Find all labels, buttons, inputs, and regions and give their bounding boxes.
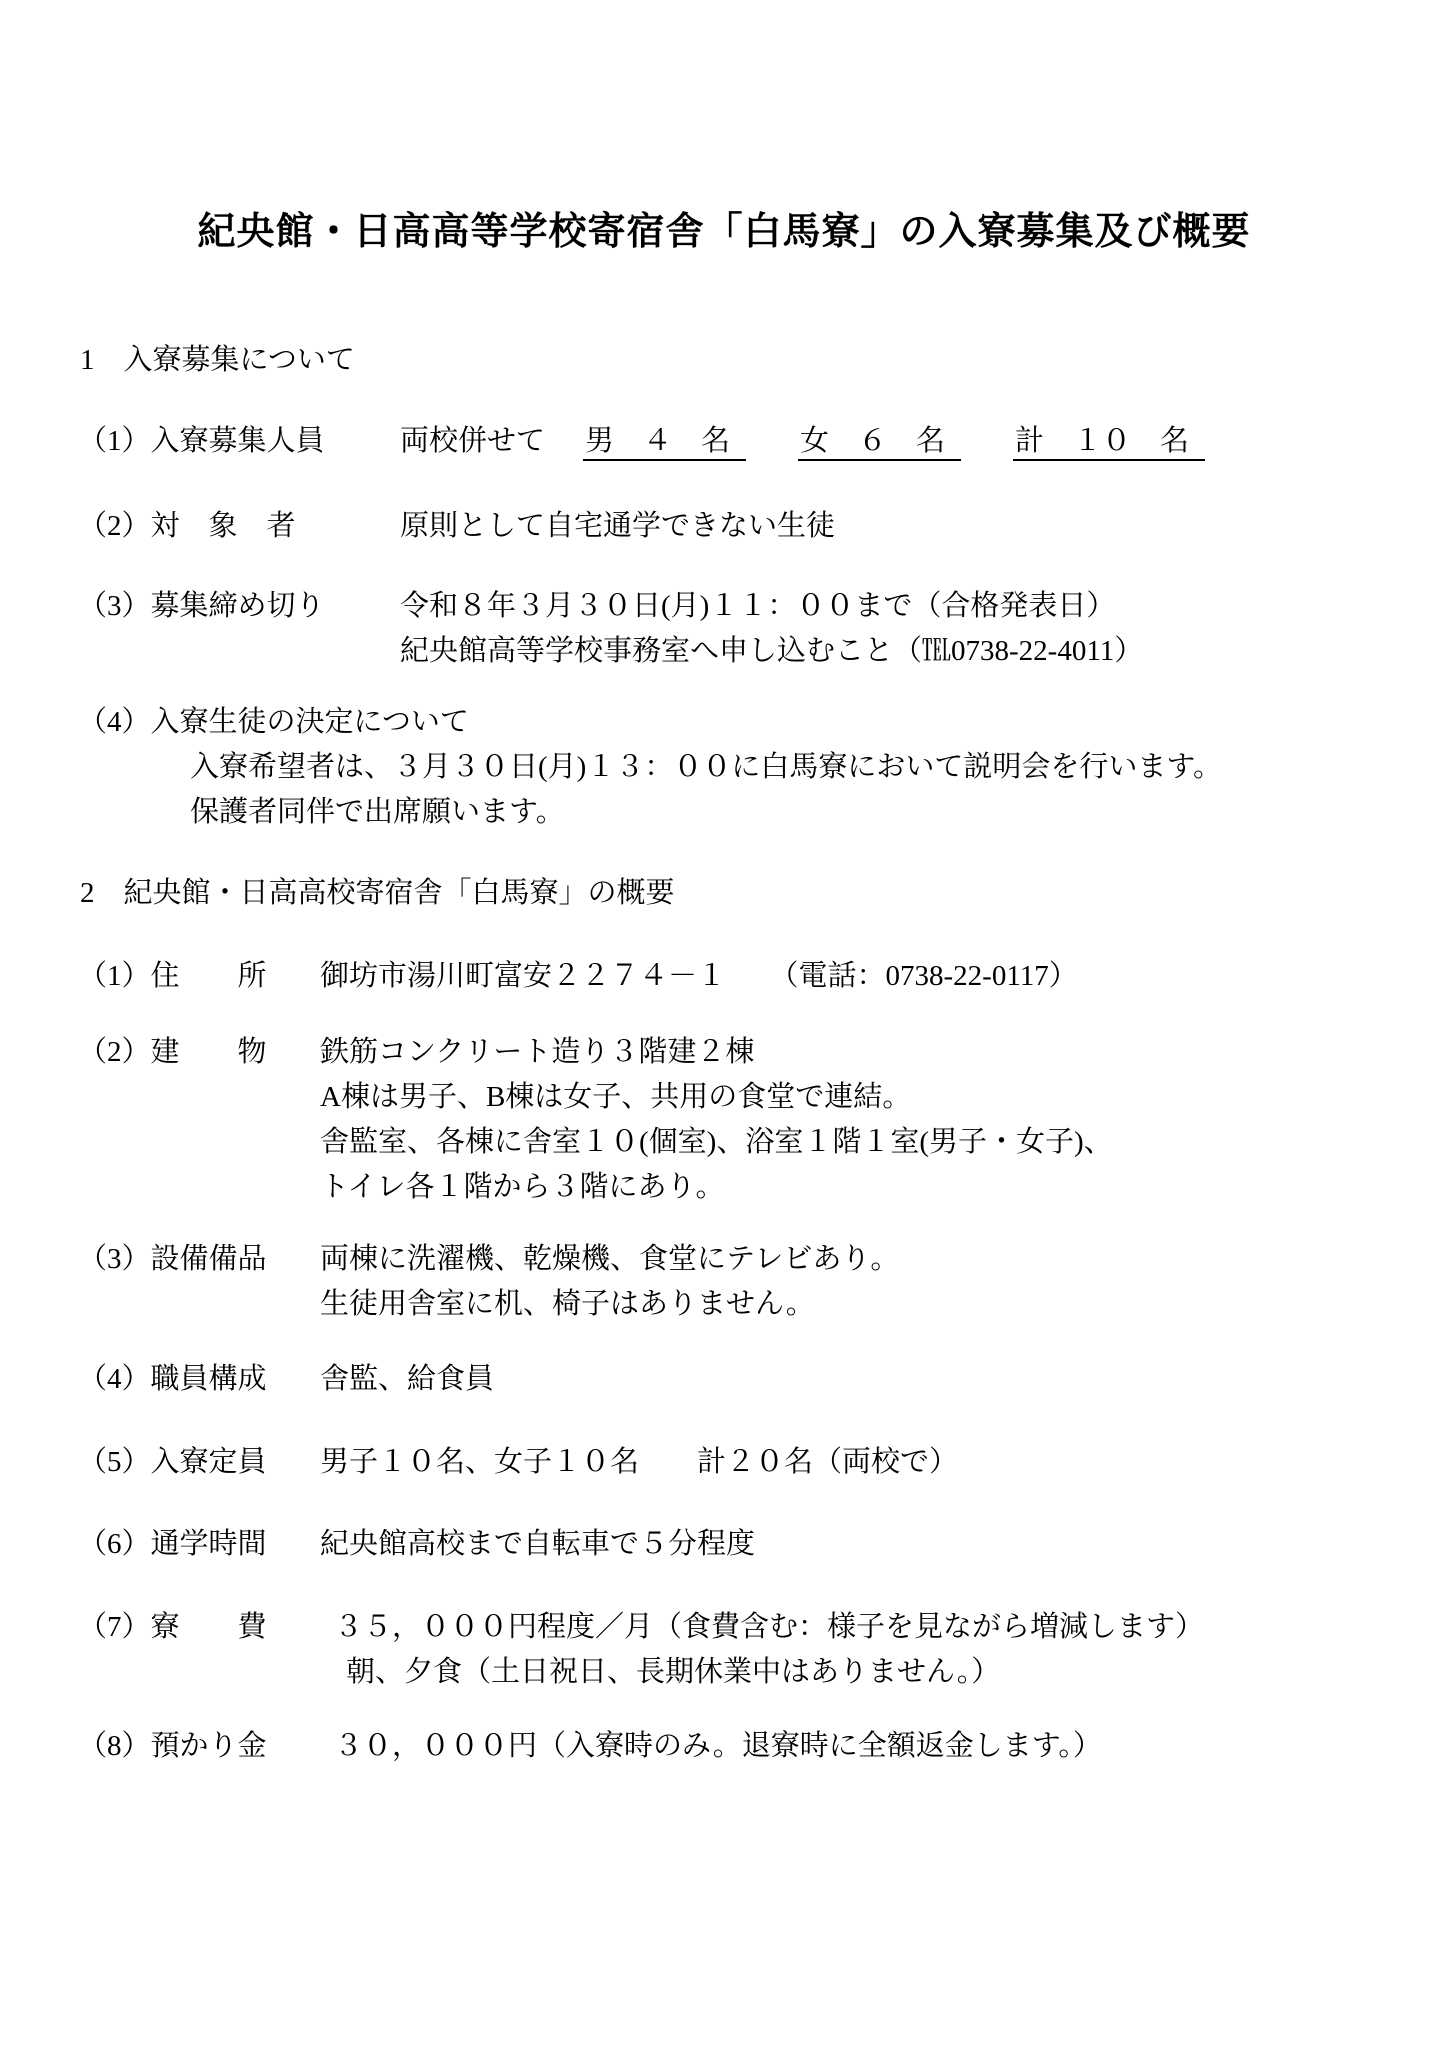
decision-label: （4）入寮生徒の決定について — [78, 700, 469, 745]
building-line2: A棟は男子、B棟は女子、共用の食堂で連結。 — [320, 1075, 1113, 1120]
decision-detail: 入寮希望者は、３月３０日(月)１３：００に白馬寮において説明会を行います。 保護… — [190, 745, 1222, 835]
capacity-line1: 男子１０名、女子１０名 計２０名（両校で） — [320, 1440, 958, 1485]
deposit-line1: ３０，０００円（入寮時のみ。退寮時に全額返金します。） — [334, 1724, 1102, 1769]
row-fee: （7）寮 費 ３５，０００円程度／月（食費含む：様子を見ながら増減します） 朝、… — [78, 1605, 1204, 1695]
recruit-count-total: 計 １０ 名 — [1013, 425, 1205, 461]
deposit-label: （8）預かり金 — [78, 1724, 320, 1769]
recruit-count-content: 両校併せて男 ４ 名女 ６ 名計 １０ 名 — [400, 419, 1205, 464]
row-capacity: （5）入寮定員 男子１０名、女子１０名 計２０名（両校で） — [78, 1440, 958, 1485]
row-building: （2）建 物 鉄筋コンクリート造り３階建２棟 A棟は男子、B棟は女子、共用の食堂… — [78, 1030, 1113, 1210]
address-line1: 御坊市湯川町富安２２７４－１ （電話：0738-22-0117） — [320, 954, 1078, 999]
building-line1: 鉄筋コンクリート造り３階建２棟 — [320, 1030, 1113, 1075]
address-label: （1）住 所 — [78, 954, 320, 999]
row-target: （2）対 象 者 原則として自宅通学できない生徒 — [78, 504, 835, 549]
deadline-content: 令和８年３月３０日(月)１１：００まで（合格発表日） 紀央館高等学校事務室へ申し… — [400, 584, 1143, 674]
row-equipment: （3）設備備品 両棟に洗濯機、乾燥機、食堂にテレビあり。 生徒用舎室に机、椅子は… — [78, 1237, 899, 1327]
commute-line1: 紀央館高校まで自転車で５分程度 — [320, 1522, 755, 1567]
row-deadline: （3）募集締め切り 令和８年３月３０日(月)１１：００まで（合格発表日） 紀央館… — [78, 584, 1143, 674]
row-decision: （4）入寮生徒の決定について — [78, 700, 469, 745]
deadline-label: （3）募集締め切り — [78, 584, 400, 629]
target-line1: 原則として自宅通学できない生徒 — [400, 504, 835, 549]
fee-content: ３５，０００円程度／月（食費含む：様子を見ながら増減します） 朝、夕食（土日祝日… — [320, 1605, 1204, 1695]
decision-line1: 入寮希望者は、３月３０日(月)１３：００に白馬寮において説明会を行います。 — [190, 745, 1222, 790]
address-content: 御坊市湯川町富安２２７４－１ （電話：0738-22-0117） — [320, 954, 1078, 999]
deadline-line2: 紀央館高等学校事務室へ申し込むこと（℡0738-22-4011） — [400, 629, 1143, 674]
recruit-count-prefix: 両校併せて — [400, 425, 545, 457]
commute-label: （6）通学時間 — [78, 1522, 320, 1567]
deadline-line1: 令和８年３月３０日(月)１１：００まで（合格発表日） — [400, 584, 1143, 629]
equipment-line2: 生徒用舎室に机、椅子はありません。 — [320, 1282, 899, 1327]
section1-heading: 1 入寮募集について — [80, 337, 355, 378]
deposit-content: ３０，０００円（入寮時のみ。退寮時に全額返金します。） — [320, 1724, 1102, 1769]
staff-line1: 舎監、給食員 — [320, 1357, 494, 1402]
building-label: （2）建 物 — [78, 1030, 320, 1075]
building-content: 鉄筋コンクリート造り３階建２棟 A棟は男子、B棟は女子、共用の食堂で連結。 舎監… — [320, 1030, 1113, 1210]
recruit-count-label: （1）入寮募集人員 — [78, 419, 400, 464]
target-label: （2）対 象 者 — [78, 504, 400, 549]
commute-content: 紀央館高校まで自転車で５分程度 — [320, 1522, 755, 1567]
recruit-count-female: 女 ６ 名 — [798, 425, 961, 461]
section2-heading: 2 紀央館・日高高校寄宿舎「白馬寮」の概要 — [80, 870, 675, 911]
fee-line1: ３５，０００円程度／月（食費含む：様子を見ながら増減します） — [334, 1605, 1204, 1650]
fee-line2: 朝、夕食（土日祝日、長期休業中はありません。） — [346, 1650, 1204, 1695]
decision-line2: 保護者同伴で出席願います。 — [190, 790, 1222, 835]
page-title: 紀央館・日高高等学校寄宿舎「白馬寮」の入寮募集及び概要 — [0, 200, 1448, 255]
row-address: （1）住 所 御坊市湯川町富安２２７４－１ （電話：0738-22-0117） — [78, 954, 1078, 999]
capacity-label: （5）入寮定員 — [78, 1440, 320, 1485]
row-recruit-count: （1）入寮募集人員 両校併せて男 ４ 名女 ６ 名計 １０ 名 — [78, 419, 1205, 464]
building-line3: 舎監室、各棟に舎室１０(個室)、浴室１階１室(男子・女子)、 — [320, 1120, 1113, 1165]
equipment-content: 両棟に洗濯機、乾燥機、食堂にテレビあり。 生徒用舎室に机、椅子はありません。 — [320, 1237, 899, 1327]
building-line4: トイレ各１階から３階にあり。 — [320, 1165, 1113, 1210]
staff-label: （4）職員構成 — [78, 1357, 320, 1402]
fee-label: （7）寮 費 — [78, 1605, 320, 1650]
document-page: 紀央館・日高高等学校寄宿舎「白馬寮」の入寮募集及び概要 1 入寮募集について （… — [0, 0, 1448, 2048]
row-deposit: （8）預かり金 ３０，０００円（入寮時のみ。退寮時に全額返金します。） — [78, 1724, 1102, 1769]
row-staff: （4）職員構成 舎監、給食員 — [78, 1357, 494, 1402]
equipment-label: （3）設備備品 — [78, 1237, 320, 1282]
row-commute: （6）通学時間 紀央館高校まで自転車で５分程度 — [78, 1522, 755, 1567]
target-content: 原則として自宅通学できない生徒 — [400, 504, 835, 549]
recruit-count-male: 男 ４ 名 — [583, 425, 746, 461]
staff-content: 舎監、給食員 — [320, 1357, 494, 1402]
equipment-line1: 両棟に洗濯機、乾燥機、食堂にテレビあり。 — [320, 1237, 899, 1282]
capacity-content: 男子１０名、女子１０名 計２０名（両校で） — [320, 1440, 958, 1485]
